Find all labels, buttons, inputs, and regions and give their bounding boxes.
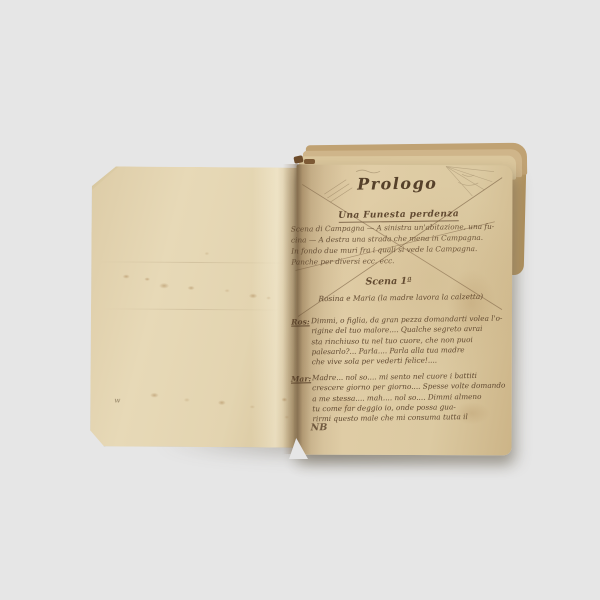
dialog-line: rigine del tuo malore.... Qualche segret… — [311, 324, 509, 337]
left-page: w — [90, 166, 298, 447]
gutter-shadow — [283, 164, 311, 454]
foxing-stain — [148, 392, 160, 399]
binding-stitch — [304, 159, 315, 164]
foxing-stain — [121, 273, 131, 279]
right-page: Prologo Una Funesta perdenza Scena di Ca… — [295, 165, 512, 456]
dialog-block-mar: Madre... nol so.... mi sento nel cuore i… — [312, 371, 511, 425]
stage-directions-line: Panche per diversi ecc. ecc. — [291, 254, 507, 268]
dialog-line: crescere giorno per giorno.... Spesse vo… — [312, 381, 510, 394]
foxing-stain — [216, 399, 227, 406]
pen-trial-hatching — [324, 180, 352, 202]
page-crease — [97, 261, 287, 263]
foxing-stain — [265, 295, 272, 300]
stage-directions-line: Scena di Campagna — A sinistra un'abitaz… — [291, 221, 507, 235]
dog-ear-fold — [92, 166, 119, 190]
dialog-line: tu come far deggio io, onde possa gua- — [312, 401, 510, 414]
foxing-stain — [247, 292, 259, 299]
dialog-line: a me stessa.... mah.... nol so.... Dimmi… — [312, 391, 510, 404]
manuscript-text-block: Prologo Una Funesta perdenza Scena di Ca… — [294, 164, 514, 457]
scene-cast: Rosina e Maria (la madre lavora la calze… — [296, 292, 506, 304]
strikethrough-lines — [294, 164, 514, 457]
foxing-stain — [223, 288, 231, 293]
photo-background: w Prologo Una Funesta perdenza Scena di … — [0, 0, 600, 600]
prologue-title: Prologo — [294, 173, 500, 195]
dialog-block-ros: Dimmi, o figlia, da gran pezza domandart… — [311, 314, 510, 368]
dialog-line: rirmi questo male che mi consuma tutta i… — [312, 412, 510, 425]
stage-directions-line: In fondo due muri fra i quali si vede la… — [291, 243, 507, 257]
dialog-line: Madre... nol so.... mi sento nel cuore i… — [312, 371, 510, 384]
prologue-subtitle-row: Una Funesta perdenza — [295, 201, 503, 224]
foxing-stain — [143, 277, 151, 282]
foxing-stain — [157, 282, 171, 290]
dialog-line: che vive sola per vederti felice!.... — [312, 355, 510, 368]
pencil-mark: w — [114, 396, 120, 404]
page-crease — [101, 308, 281, 310]
foxing-stain — [446, 397, 498, 429]
stage-directions-line: cina — A destra una strada che mena in C… — [291, 232, 507, 246]
footer-flourish: NB — [311, 422, 328, 433]
prologue-subtitle: Una Funesta perdenza — [338, 209, 459, 223]
foxing-stain — [324, 390, 366, 420]
scene-heading: Scena 1ª — [296, 275, 482, 289]
foxing-stain — [203, 251, 210, 256]
stage-directions: Scena di Campagna — A sinistra un'abitaz… — [291, 221, 508, 268]
dialog-line: sta rinchiuso tu nel tuo cuore, che non … — [311, 334, 509, 347]
dialog-line: palesarlo?... Parla.... Parla alla tua m… — [312, 344, 510, 357]
scratched-word-smudge — [356, 170, 380, 173]
foxing-stain — [436, 255, 506, 350]
dialog-line: Dimmi, o figlia, da gran pezza domandart… — [311, 314, 509, 327]
foxing-stain — [186, 285, 196, 291]
foxing-stain — [248, 404, 256, 409]
foxing-stain — [182, 397, 191, 403]
spiderweb-sketch — [446, 166, 494, 197]
